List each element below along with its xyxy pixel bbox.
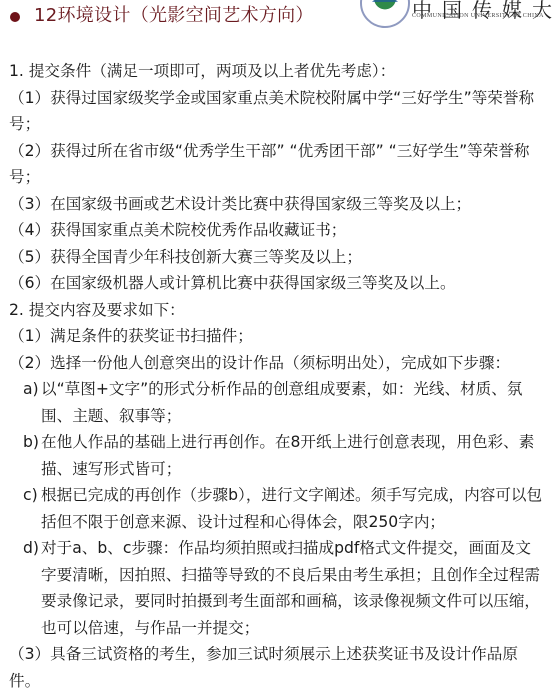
section2-item-2: （2）选择一份他人创意突出的设计作品（须标明出处），完成如下步骤： xyxy=(9,350,545,377)
step-marker: a) xyxy=(23,376,39,403)
step-text: 在他人作品的基础上进行再创作。在8开纸上进行创意表现，用色彩、素描、速写形式皆可… xyxy=(41,433,534,478)
section2-item-3: （3）具备三试资格的考生，参加三试时须展示上述获奖证书及设计作品原件。 xyxy=(9,641,545,691)
step-marker: b) xyxy=(23,429,39,456)
step-text: 对于a、b、c步骤：作品均须拍照或扫描成pdf格式文件提交，画面及文字要清晰，因… xyxy=(41,539,540,637)
section1-item-5: （5）获得全国青少年科技创新大赛三等奖及以上； xyxy=(9,244,545,271)
section1-item-2: （2）获得过所在省市级“优秀学生干部” “优秀团干部” “三好学生”等荣誉称号； xyxy=(9,138,545,191)
title-bullet-icon xyxy=(10,12,20,22)
step-b: b) 在他人作品的基础上进行再创作。在8开纸上进行创意表现，用色彩、素描、速写形… xyxy=(9,429,545,482)
section1-item-6: （6）在国家级机器人或计算机比赛中获得国家级三等奖及以上。 xyxy=(9,270,545,297)
section2-heading: 2. 提交内容及要求如下： xyxy=(9,297,545,324)
section1-item-4: （4）获得国家重点美术院校优秀作品收藏证书； xyxy=(9,217,545,244)
section1-item-1: （1）获得过国家级奖学金或国家重点美术院校附属中学“三好学生”等荣誉称号； xyxy=(9,85,545,138)
document-body: 1. 提交条件（满足一项即可，两项及以上者优先考虑）： （1）获得过国家级奖学金… xyxy=(9,58,545,691)
section1-heading: 1. 提交条件（满足一项即可，两项及以上者优先考虑）： xyxy=(9,58,545,85)
section2-item-1: （1）满足条件的获奖证书扫描件； xyxy=(9,323,545,350)
step-a: a) 以“草图+文字”的形式分析作品的创意组成要素，如：光线、材质、氛围、主题、… xyxy=(9,376,545,429)
page-header: 12环境设计（光影空间艺术方向） 中国传媒大学 COMMUNICATION UN… xyxy=(0,0,552,40)
university-logo-name-cn: 中国传媒大学 xyxy=(412,0,552,23)
university-logo-name-en: COMMUNICATION UNIVERSITY OF CHINA xyxy=(412,13,544,19)
step-d: d) 对于a、b、c步骤：作品均须拍照或扫描成pdf格式文件提交，画面及文字要清… xyxy=(9,535,545,641)
step-c: c) 根据已完成的再创作（步骤b），进行文字阐述。须手写完成，内容可以包括但不限… xyxy=(9,482,545,535)
university-seal-icon xyxy=(360,0,410,28)
page-title: 12环境设计（光影空间艺术方向） xyxy=(34,3,314,29)
step-marker: d) xyxy=(23,535,39,562)
step-marker: c) xyxy=(23,482,38,509)
section1-item-3: （3）在国家级书画或艺术设计类比赛中获得国家级三等奖及以上； xyxy=(9,191,545,218)
step-text: 以“草图+文字”的形式分析作品的创意组成要素，如：光线、材质、氛围、主题、叙事等… xyxy=(41,380,522,425)
step-text: 根据已完成的再创作（步骤b），进行文字阐述。须手写完成，内容可以包括但不限于创意… xyxy=(41,486,542,531)
